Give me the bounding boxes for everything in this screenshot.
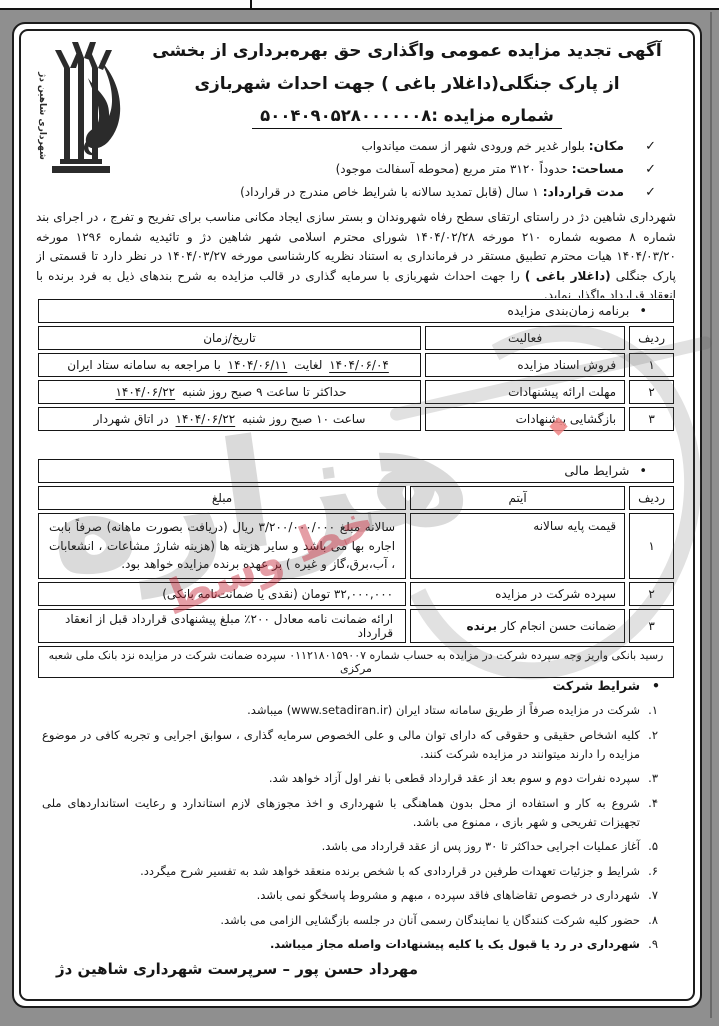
financial-title-row: •شرایط مالی (38, 459, 674, 483)
checkmark-icon: ✓ (638, 140, 656, 154)
activity-cell: مهلت ارائه پیشنهادات (425, 380, 625, 404)
bank-receipt-note: رسید بانکی واریز وجه سپرده شرکت در مزاید… (38, 646, 674, 678)
signature-line: مهرداد حسن پور – سرپرست شهرداری شاهین دژ (56, 960, 418, 978)
amount-cell: ارائه ضمانت نامه معادل ۲۰۰٪ مبلغ پیشنهاد… (38, 609, 406, 643)
item-text: شرکت در مزایده صرفاً از طریق سامانه ستاد… (36, 701, 640, 720)
auction-number-label: شماره مزایده : (431, 106, 553, 125)
item-text: شهرداری در خصوص تقاضاهای فاقد سپرده ، مب… (36, 886, 640, 905)
time-cell: حداکثر تا ساعت ۹ صبح روز شنبه ۱۴۰۴/۰۶/۲۲ (38, 380, 421, 404)
col-header-item: آیتم (410, 486, 625, 510)
list-item: ۴. شروع به کار و استفاده از محل بدون هما… (36, 794, 674, 832)
item-number: ۶. (640, 862, 674, 881)
item-text: شروع به کار و استفاده از محل بدون هماهنگ… (36, 794, 640, 832)
checkmark-icon: ✓ (638, 186, 656, 200)
conditions-title-row: • شرایط شرکت (36, 678, 674, 693)
list-item: ۹. شهرداری در رد یا قبول یک یا کلیه پیشن… (36, 935, 674, 954)
item-cell: سپرده شرکت در مزایده (410, 582, 625, 606)
schedule-table-wrap: •برنامه زمان‌بندی مزایده ردیف فعالیت تار… (34, 296, 678, 434)
list-item: ۵. آغاز عملیات اجرایی حداکثر تا ۳۰ روز پ… (36, 837, 674, 856)
item-text: شرایط و جزئیات تعهدات طرفین در قراردادی … (36, 862, 640, 881)
item-number: ۱. (640, 701, 674, 720)
row-no: ۱ (629, 513, 674, 579)
fact-location: ✓ مکان: بلوار غدیر خم ورودی شهر از سمت م… (74, 139, 656, 154)
park-name-bold: (داغلار باغی ) (525, 269, 611, 283)
item-text: شهرداری در رد یا قبول یک یا کلیه پیشنهاد… (36, 935, 640, 954)
bullet-icon: • (652, 678, 660, 693)
item-text: حضور کلیه شرکت کنندگان یا نمایندگان رسمی… (36, 911, 640, 930)
col-header-activity: فعالیت (425, 326, 625, 350)
ad-frame: شهرداری شاهین دژ آ (12, 22, 702, 1008)
table-row: ۳ بازگشایی پیشنهادات ساعت ۱۰ صبح روز شنب… (38, 407, 674, 431)
auction-number-value: ۵۰۰۴۰۹۰۵۲۸۰۰۰۰۰۰۸ (260, 106, 431, 125)
schedule-table: •برنامه زمان‌بندی مزایده ردیف فعالیت تار… (34, 296, 678, 434)
list-item: ۷. شهرداری در خصوص تقاضاهای فاقد سپرده ،… (36, 886, 674, 905)
item-number: ۲. (640, 726, 674, 764)
list-item: ۱. شرکت در مزایده صرفاً از طریق سامانه س… (36, 701, 674, 720)
item-number: ۸. (640, 911, 674, 930)
ad-content: شهرداری شاهین دژ آ (14, 24, 700, 1006)
key-facts: ✓ مکان: بلوار غدیر خم ورودی شهر از سمت م… (74, 139, 656, 208)
list-item: ۶. شرایط و جزئیات تعهدات طرفین در قراردا… (36, 862, 674, 881)
fact-text: مساحت: حدوداً ۳۱۲۰ متر مربع (محوطه آسفال… (336, 162, 624, 176)
financial-header-row: ردیف آیتم مبلغ (38, 486, 674, 510)
date-value: ۱۴۰۴/۰۶/۰۴ (329, 358, 389, 372)
item-number: ۴. (640, 794, 674, 832)
winner-bold: برنده (467, 619, 498, 633)
financial-table-wrap: •شرایط مالی ردیف آیتم مبلغ ۱ قیمت پایه س… (34, 456, 678, 681)
fact-text: مدت قرارداد: ۱ سال (قابل تمدید سالانه با… (240, 185, 624, 199)
item-text: آغاز عملیات اجرایی حداکثر تا ۳۰ روز پس ا… (36, 837, 640, 856)
item-cell: قیمت پایه سالانه (410, 513, 625, 579)
list-item: ۲. کلیه اشخاص حقیقی و حقوقی که دارای توا… (36, 726, 674, 764)
list-item: ۸. حضور کلیه شرکت کنندگان یا نمایندگان ر… (36, 911, 674, 930)
item-text: سپرده نفرات دوم و سوم بعد از عقد قرارداد… (36, 769, 640, 788)
date-value: ۱۴۰۴/۰۶/۱۱ (228, 358, 288, 372)
financial-title: شرایط مالی (564, 463, 629, 478)
date-value: ۱۴۰۴/۰۶/۲۲ (176, 412, 236, 426)
table-row: ۲ مهلت ارائه پیشنهادات حداکثر تا ساعت ۹ … (38, 380, 674, 404)
table-row: ۱ قیمت پایه سالانه سالانه مبلغ ۳/۲۰۰/۰۰۰… (38, 513, 674, 579)
table-row: ۱ فروش اسناد مزایده ۱۴۰۴/۰۶/۰۴ لغایت ۱۴۰… (38, 353, 674, 377)
page-edge-line (710, 12, 712, 1018)
conditions-title: شرایط شرکت (553, 678, 640, 693)
auction-number-line: شماره مزایده :۵۰۰۴۰۹۰۵۲۸۰۰۰۰۰۰۸ (252, 106, 562, 129)
amount-cell: سالانه مبلغ ۳/۲۰۰/۰۰۰/۰۰۰ ریال (دریافت ب… (38, 513, 406, 579)
ad-title-line1: آگهی تجدید مزایده عمومی واگذاری حق بهره‌… (144, 38, 670, 64)
item-number: ۵. (640, 837, 674, 856)
column-divider (250, 0, 252, 10)
list-item: ۳. سپرده نفرات دوم و سوم بعد از عقد قرار… (36, 769, 674, 788)
table-row: ۲ سپرده شرکت در مزایده ۳۲,۰۰۰,۰۰۰ تومان … (38, 582, 674, 606)
time-cell: ساعت ۱۰ صبح روز شنبه ۱۴۰۴/۰۶/۲۲ در اتاق … (38, 407, 421, 431)
fact-contract-duration: ✓ مدت قرارداد: ۱ سال (قابل تمدید سالانه … (74, 185, 656, 200)
activity-cell: فروش اسناد مزایده (425, 353, 625, 377)
schedule-title-row: •برنامه زمان‌بندی مزایده (38, 299, 674, 323)
participation-conditions: • شرایط شرکت ۱. شرکت در مزایده صرفاً از … (36, 678, 674, 960)
row-no: ۲ (629, 582, 674, 606)
fact-area: ✓ مساحت: حدوداً ۳۱۲۰ متر مربع (محوطه آسف… (74, 162, 656, 177)
date-value: ۱۴۰۴/۰۶/۲۲ (115, 385, 175, 399)
intro-paragraph: شهرداری شاهین دژ در راستای ارتقای سطح رف… (36, 208, 676, 298)
row-no: ۳ (629, 609, 674, 643)
item-number: ۷. (640, 886, 674, 905)
logo-vertical-text: شهرداری شاهین دژ (37, 71, 47, 160)
time-cell: ۱۴۰۴/۰۶/۰۴ لغایت ۱۴۰۴/۰۶/۱۱ با مراجعه به… (38, 353, 421, 377)
col-header-time: تاریخ/زمان (38, 326, 421, 350)
newspaper-top-strip (0, 0, 719, 10)
financial-table: •شرایط مالی ردیف آیتم مبلغ ۱ قیمت پایه س… (34, 456, 678, 681)
item-text: کلیه اشخاص حقیقی و حقوقی که دارای توان م… (36, 726, 640, 764)
fact-text: مکان: بلوار غدیر خم ورودی شهر از سمت میا… (362, 139, 625, 153)
col-header-row-no: ردیف (629, 486, 674, 510)
item-cell: ضمانت حسن انجام کار برنده (410, 609, 625, 643)
schedule-header-row: ردیف فعالیت تاریخ/زمان (38, 326, 674, 350)
schedule-title: برنامه زمان‌بندی مزایده (507, 303, 629, 318)
col-header-amount: مبلغ (38, 486, 406, 510)
row-no: ۱ (629, 353, 674, 377)
col-header-row-no: ردیف (629, 326, 674, 350)
row-no: ۳ (629, 407, 674, 431)
ad-header: آگهی تجدید مزایده عمومی واگذاری حق بهره‌… (144, 38, 670, 129)
row-no: ۲ (629, 380, 674, 404)
ad-title-line2: از پارک جنگلی(داغلار باغی ) جهت احداث شه… (144, 71, 670, 97)
checkmark-icon: ✓ (638, 163, 656, 177)
table-row: ۳ ضمانت حسن انجام کار برنده ارائه ضمانت … (38, 609, 674, 643)
item-number: ۳. (640, 769, 674, 788)
newspaper-ad-page: شهرداری شاهین دژ آ (0, 0, 719, 1026)
amount-cell: ۳۲,۰۰۰,۰۰۰ تومان (نقدی یا ضمانت‌نامه بان… (38, 582, 406, 606)
activity-cell: بازگشایی پیشنهادات (425, 407, 625, 431)
item-number: ۹. (640, 935, 674, 954)
